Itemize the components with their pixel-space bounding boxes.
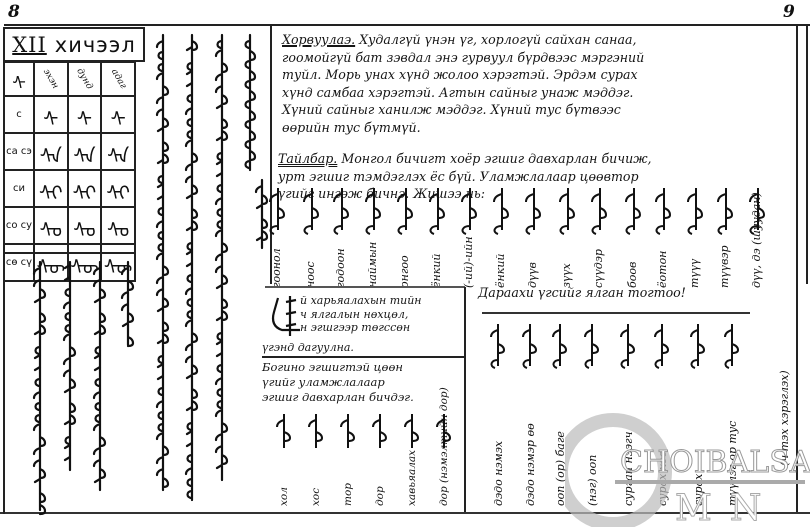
example-word: дүүв: [518, 180, 546, 288]
exercise-title: Дараахи үгсийг ялган тогтоо!: [478, 285, 686, 300]
short-vowel-example: хос: [302, 410, 330, 510]
example-cyrillic: ёотон: [656, 251, 669, 288]
exercise-item: дэдо нэмэх: [484, 316, 512, 512]
short-vowel-example: дор (нэмэлтийн дор): [430, 410, 458, 510]
note-label: Тайлбар.: [278, 151, 337, 166]
examples-row: гоонолноосгодооннаймынонгооёнкий(-ий)-ий…: [262, 180, 802, 288]
example-cyrillic: ёнкий: [494, 254, 507, 289]
example-word: ноос: [296, 180, 324, 288]
example-word: гоонол: [262, 180, 290, 288]
example-cyrillic: гоонол: [270, 248, 283, 288]
short-vowel-example: хол: [270, 410, 298, 510]
example-cyrillic: ёнкий: [430, 254, 443, 289]
short-vowel-note: Богино эгшигтэй цөөн үгийг уламжлалаар э…: [262, 360, 466, 405]
example-word: сүүдэр: [584, 180, 612, 288]
example-word: ёнкий: [486, 180, 514, 288]
vowel-rule-last-line: үгэнд дагуулна.: [262, 341, 354, 354]
exercise-item: (нэг) ооп: [578, 316, 606, 512]
example-cyrillic: түүү: [688, 259, 701, 288]
exercise-items: дэдо нэмэхдэдо нэмэр өөооп (ор) баге(нэг…: [480, 316, 800, 512]
proverbs-paragraph: Хорвуулаэ. Худалгүй үнэн үг, хорлогүй са…: [282, 31, 802, 137]
example-cyrillic: онгоо: [398, 255, 411, 288]
exercise-item: сурах хос: [648, 316, 676, 512]
example-cyrillic: ноос: [304, 261, 317, 288]
exercise-item: дэдо нэмэр өө: [516, 316, 544, 512]
exercise-item: сурган нээгч: [614, 316, 642, 512]
proverbs-label: Хорвуулаэ.: [282, 32, 355, 47]
divider: [262, 356, 464, 358]
vowel-rule: й харьяалахын тийн ч ялгалын нөхцөл, н э…: [300, 294, 465, 335]
example-word: боов: [618, 180, 646, 288]
exercise-item: сурах: [684, 316, 712, 512]
example-word: онгоо: [390, 180, 418, 288]
example-word: ёнкий: [422, 180, 450, 288]
example-word: годоон: [326, 180, 354, 288]
short-vowel-example: дор: [366, 410, 394, 510]
short-vowel-examples: холхостордорхавьяалахдор (нэмэлтийн дор): [262, 410, 462, 510]
example-word: ёотон: [648, 180, 676, 288]
example-cyrillic: (-ий)-ийн: [462, 236, 475, 288]
short-vowel-example: хавьяалах: [398, 410, 426, 510]
example-cyrillic: сүүдэр: [592, 249, 605, 288]
exercise-item: (ч тэх хэрэглэх): [770, 316, 798, 512]
divider: [482, 312, 750, 314]
example-cyrillic: дүү, дэ (шуудан): [750, 192, 763, 288]
example-word: түүвэр: [710, 180, 738, 288]
example-word: наймын: [358, 180, 386, 288]
example-word: дүү, дэ (шуудан): [742, 180, 770, 288]
example-word: түүү: [680, 180, 708, 288]
example-cyrillic: түүвэр: [718, 245, 731, 288]
exercise-item: түүлэг ор тус: [718, 316, 746, 512]
example-word: (-ий)-ийн: [454, 180, 482, 288]
example-cyrillic: наймын: [366, 242, 379, 288]
example-cyrillic: годоон: [334, 248, 347, 288]
example-word: зүүх: [552, 180, 580, 288]
exercise-item: ооп (ор) баге: [546, 316, 574, 512]
divider: [265, 286, 465, 288]
short-vowel-example: тор: [334, 410, 362, 510]
